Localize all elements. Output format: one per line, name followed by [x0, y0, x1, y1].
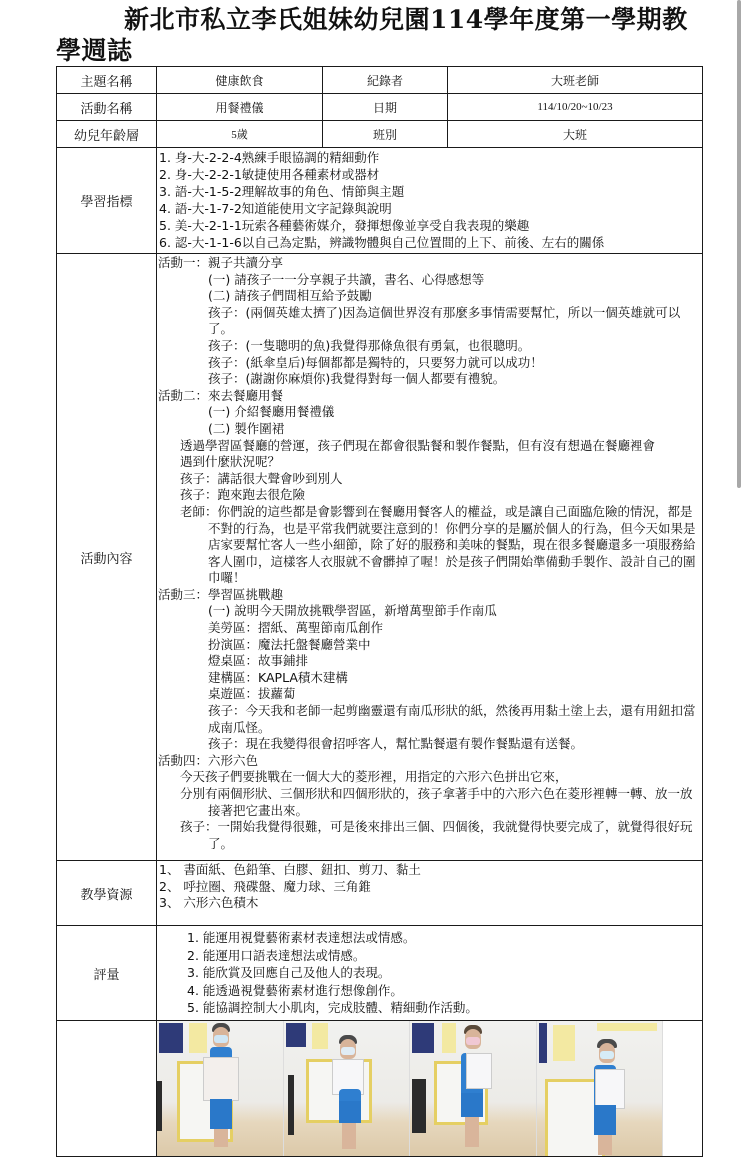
activity4-child: 孩子：一開始我覺得很難，可是後來排出三個、四個後，我就覺得快要完成了，就覺得很好…: [158, 819, 700, 858]
info-row-age: 幼兒年齡層 5歲 班別 大班: [57, 121, 703, 148]
activity-photo-3[interactable]: [410, 1021, 537, 1156]
class-value: 大班: [448, 121, 703, 148]
theme-label: 主題名稱: [57, 67, 157, 94]
photos-row: [57, 1020, 703, 1156]
indicator-item: 2. 身-大-2-2-1敏捷使用各種素材或器材: [159, 166, 700, 183]
evaluation-item: 1. 能運用視覺藝術素材表達想法或情感。: [187, 929, 700, 947]
content-body: 活動一：親子共讀分享 (一) 請孩子一一分享親子共讀，書名、心得感想等 (二) …: [157, 254, 703, 861]
evaluation-list: 1. 能運用視覺藝術素材表達想法或情感。 2. 能運用口語表達想法或情感。 3.…: [157, 926, 703, 1021]
activity2-sub: (一) 介紹餐廳用餐禮儀: [158, 404, 700, 421]
photos-cell: [157, 1020, 703, 1156]
activity3-line: 美勞區：摺紙、萬聖節南瓜創作: [158, 620, 700, 637]
theme-value: 健康飲食: [157, 67, 323, 94]
activity1-line: (一) 請孩子一一分享親子共讀，書名、心得感想等: [158, 272, 700, 289]
activity3-line: (一) 說明今天開放挑戰學習區，新增萬聖節手作南瓜: [158, 603, 700, 620]
evaluation-item: 5. 能協調控制大小肌肉，完成肢體、精細動作活動。: [187, 999, 700, 1017]
activity-label: 活動名稱: [57, 94, 157, 121]
activity-photo-2[interactable]: [284, 1021, 411, 1156]
recorder-value: 大班老師: [448, 67, 703, 94]
activity4-heading: 活動四：六形六色: [158, 753, 700, 770]
resource-item: 1、 書面紙、色鉛筆、白膠、鈕扣、剪刀、黏土: [159, 862, 700, 879]
activity-photo-1[interactable]: [157, 1021, 284, 1156]
resources-row: 教學資源 1、 書面紙、色鉛筆、白膠、鈕扣、剪刀、黏土 2、 呼拉圈、飛碟盤、魔…: [57, 861, 703, 926]
indicators-label: 學習指標: [57, 148, 157, 254]
date-label: 日期: [323, 94, 448, 121]
age-value: 5歲: [157, 121, 323, 148]
indicator-item: 1. 身-大-2-2-4熟練手眼協調的精細動作: [159, 149, 700, 166]
content-label: 活動內容: [57, 254, 157, 861]
activity2-child: 孩子：跑來跑去很危險: [158, 487, 700, 504]
recorder-label: 紀錄者: [323, 67, 448, 94]
indicator-item: 5. 美-大-2-1-1玩索各種藝術媒介，發揮想像並享受自我表現的樂趣: [159, 217, 700, 234]
activity-value: 用餐禮儀: [157, 94, 323, 121]
resource-item: 3、 六形六色積木: [159, 895, 700, 912]
photo-strip: [157, 1021, 663, 1156]
resource-item: 2、 呼拉圈、飛碟盤、魔力球、三角錐: [159, 879, 700, 896]
evaluation-item: 4. 能透過視覺藝術素材進行想像創作。: [187, 982, 700, 1000]
activity1-line: 孩子：(紙傘皇后)每個都都是獨特的，只要努力就可以成功！: [158, 355, 700, 372]
info-row-activity: 活動名稱 用餐禮儀 日期 114/10/20~10/23: [57, 94, 703, 121]
activity1-line: 孩子：(兩個英雄太擠了)因為這個世界沒有那麼多事情需要幫忙，所以一個英雄就可以了…: [158, 305, 700, 338]
indicator-item: 6. 認-大-1-1-6以自己為定點，辨識物體與自己位置間的上下、前後、左右的關…: [159, 234, 700, 251]
activity3-line: 桌遊區：拔蘿蔔: [158, 686, 700, 703]
resources-list: 1、 書面紙、色鉛筆、白膠、鈕扣、剪刀、黏土 2、 呼拉圈、飛碟盤、魔力球、三角…: [157, 861, 703, 926]
activity1-heading: 活動一：親子共讀分享: [158, 255, 700, 272]
activity1-line: 孩子：(一隻聰明的魚)我覺得那條魚很有勇氣，也很聰明。: [158, 338, 700, 355]
document-title: 新北市私立李氏姐妹幼兒園114學年度第一學期教學週誌: [56, 4, 706, 66]
evaluation-label: 評量: [57, 926, 157, 1021]
resources-label: 教學資源: [57, 861, 157, 926]
activity1-line: 孩子：(謝謝你麻煩你)我覺得對每一個人都要有禮貌。: [158, 371, 700, 388]
evaluation-item: 2. 能運用口語表達想法或情感。: [187, 947, 700, 965]
content-row: 活動內容 活動一：親子共讀分享 (一) 請孩子一一分享親子共讀，書名、心得感想等…: [57, 254, 703, 861]
indicator-item: 3. 語-大-1-5-2理解故事的角色、情節與主題: [159, 183, 700, 200]
activity3-heading: 活動三：學習區挑戰趣: [158, 587, 700, 604]
activity2-child: 孩子：講話很大聲會吵到別人: [158, 471, 700, 488]
photos-label: [57, 1020, 157, 1156]
indicator-item: 4. 語-大-1-7-2知道能使用文字記錄與說明: [159, 200, 700, 217]
activity3-line: 燈桌區：故事鋪排: [158, 653, 700, 670]
weekly-record-table: 主題名稱 健康飲食 紀錄者 大班老師 活動名稱 用餐禮儀 日期 114/10/2…: [56, 66, 703, 1157]
evaluation-row: 評量 1. 能運用視覺藝術素材表達想法或情感。 2. 能運用口語表達想法或情感。…: [57, 926, 703, 1021]
scrollbar[interactable]: [737, 0, 741, 488]
activity2-heading: 活動二：來去餐廳用餐: [158, 388, 700, 405]
activity4-line: 今天孩子們要挑戰在一個大大的菱形裡，用指定的六形六色拼出它來，: [158, 769, 700, 786]
date-value: 114/10/20~10/23: [448, 94, 703, 121]
activity2-sub: (二) 製作圍裙: [158, 421, 700, 438]
activity2-intro: 透過學習區餐廳的營運，孩子們現在都會很點餐和製作餐點，但有沒有想過在餐廳裡會遇到…: [158, 438, 700, 471]
activity3-line: 孩子：現在我變得很會招呼客人，幫忙點餐還有製作餐點還有送餐。: [158, 736, 700, 753]
evaluation-item: 3. 能欣賞及回應自己及他人的表現。: [187, 964, 700, 982]
indicators-row: 學習指標 1. 身-大-2-2-4熟練手眼協調的精細動作 2. 身-大-2-2-…: [57, 148, 703, 254]
activity3-line: 扮演區：魔法托盤餐廳營業中: [158, 637, 700, 654]
info-row-theme: 主題名稱 健康飲食 紀錄者 大班老師: [57, 67, 703, 94]
activity2-teacher: 老師：你們說的這些都是會影響到在餐廳用餐客人的權益，或是讓自己面臨危險的情況，都…: [158, 504, 700, 587]
class-label: 班別: [323, 121, 448, 148]
indicators-list: 1. 身-大-2-2-4熟練手眼協調的精細動作 2. 身-大-2-2-1敏捷使用…: [157, 148, 703, 254]
activity3-line: 建構區：KAPLA積木建構: [158, 670, 700, 687]
activity-photo-4[interactable]: [537, 1021, 664, 1156]
activity1-line: (二) 請孩子們間相互給予鼓勵: [158, 288, 700, 305]
age-label: 幼兒年齡層: [57, 121, 157, 148]
activity4-line: 分別有兩個形狀、三個形狀和四個形狀的，孩子拿著手中的六形六色在菱形裡轉一轉、放一…: [158, 786, 700, 819]
activity3-line: 孩子：今天我和老師一起剪幽靈還有南瓜形狀的紙，然後再用黏土塗上去，還有用鈕扣當成…: [158, 703, 700, 736]
